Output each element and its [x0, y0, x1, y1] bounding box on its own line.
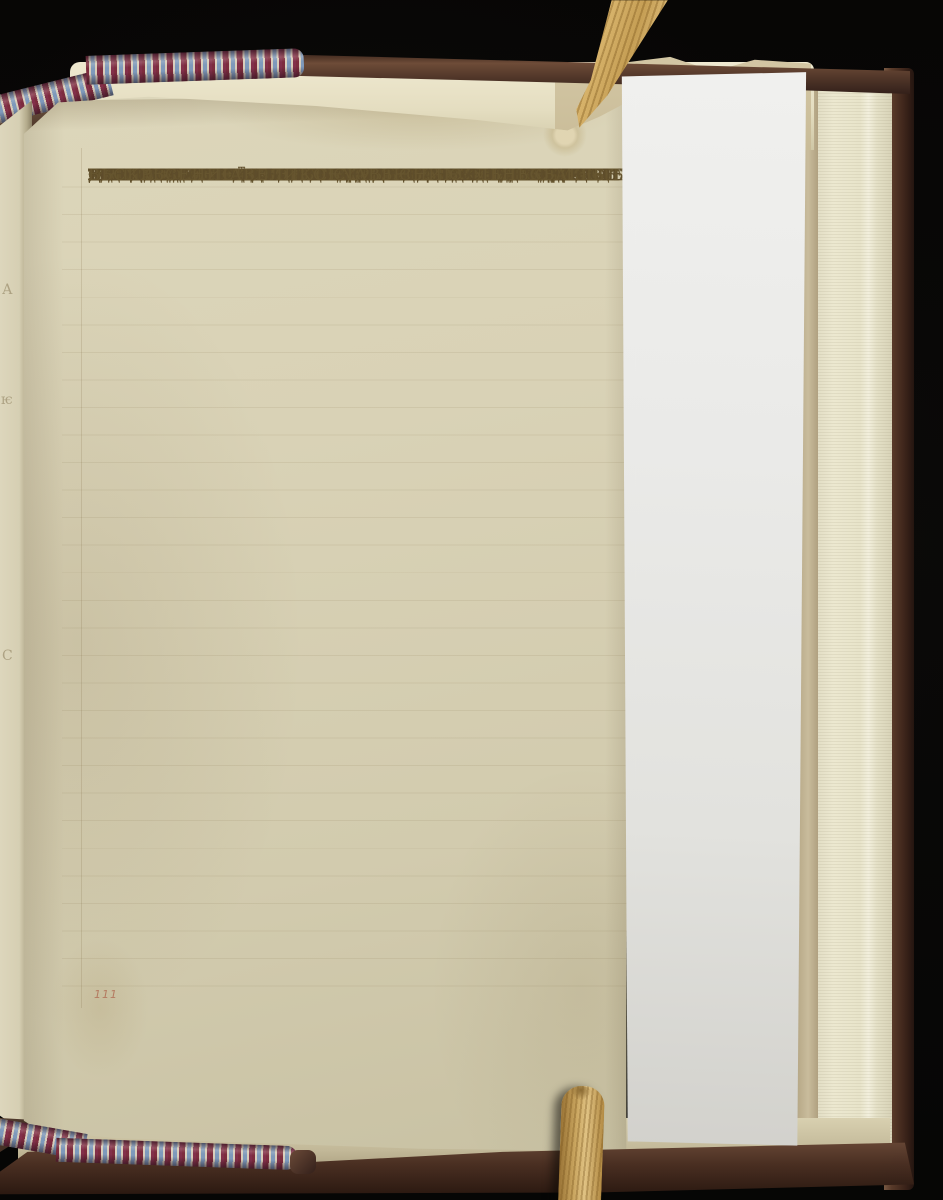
manuscript-page: ОУВОРАДОУѤМЪСА· ИГРАНѤМЪ· ВЕСЕЛИМЪСА· АШ…	[0, 0, 645, 1165]
manuscript-line: ВЬСКРЬСЕНИІАВЕЛИКОѤІАВЬѤНИѤ· ДЬНЬСЬАГГЕЛ…	[88, 161, 636, 189]
bleed-through-glyph: ѥ	[1, 392, 14, 408]
bleed-through-glyph: С	[2, 648, 14, 664]
white-paper-strip	[615, 70, 810, 1150]
endband-bottom-cap	[290, 1150, 316, 1174]
wooden-page-holder-bottom	[558, 1085, 605, 1200]
folio-number: 111	[94, 988, 118, 1001]
page-block-fore-edge	[808, 72, 892, 1164]
manuscript-photograph: ОУВОРАДОУѤМЪСА· ИГРАНѤМЪ· ВЕСЕЛИМЪСА· АШ…	[0, 0, 943, 1200]
text-block: ОУВОРАДОУѤМЪСА· ИГРАНѤМЪ· ВЕСЕЛИМЪСА· АШ…	[88, 161, 628, 991]
bleed-through-glyph: А	[2, 282, 14, 298]
